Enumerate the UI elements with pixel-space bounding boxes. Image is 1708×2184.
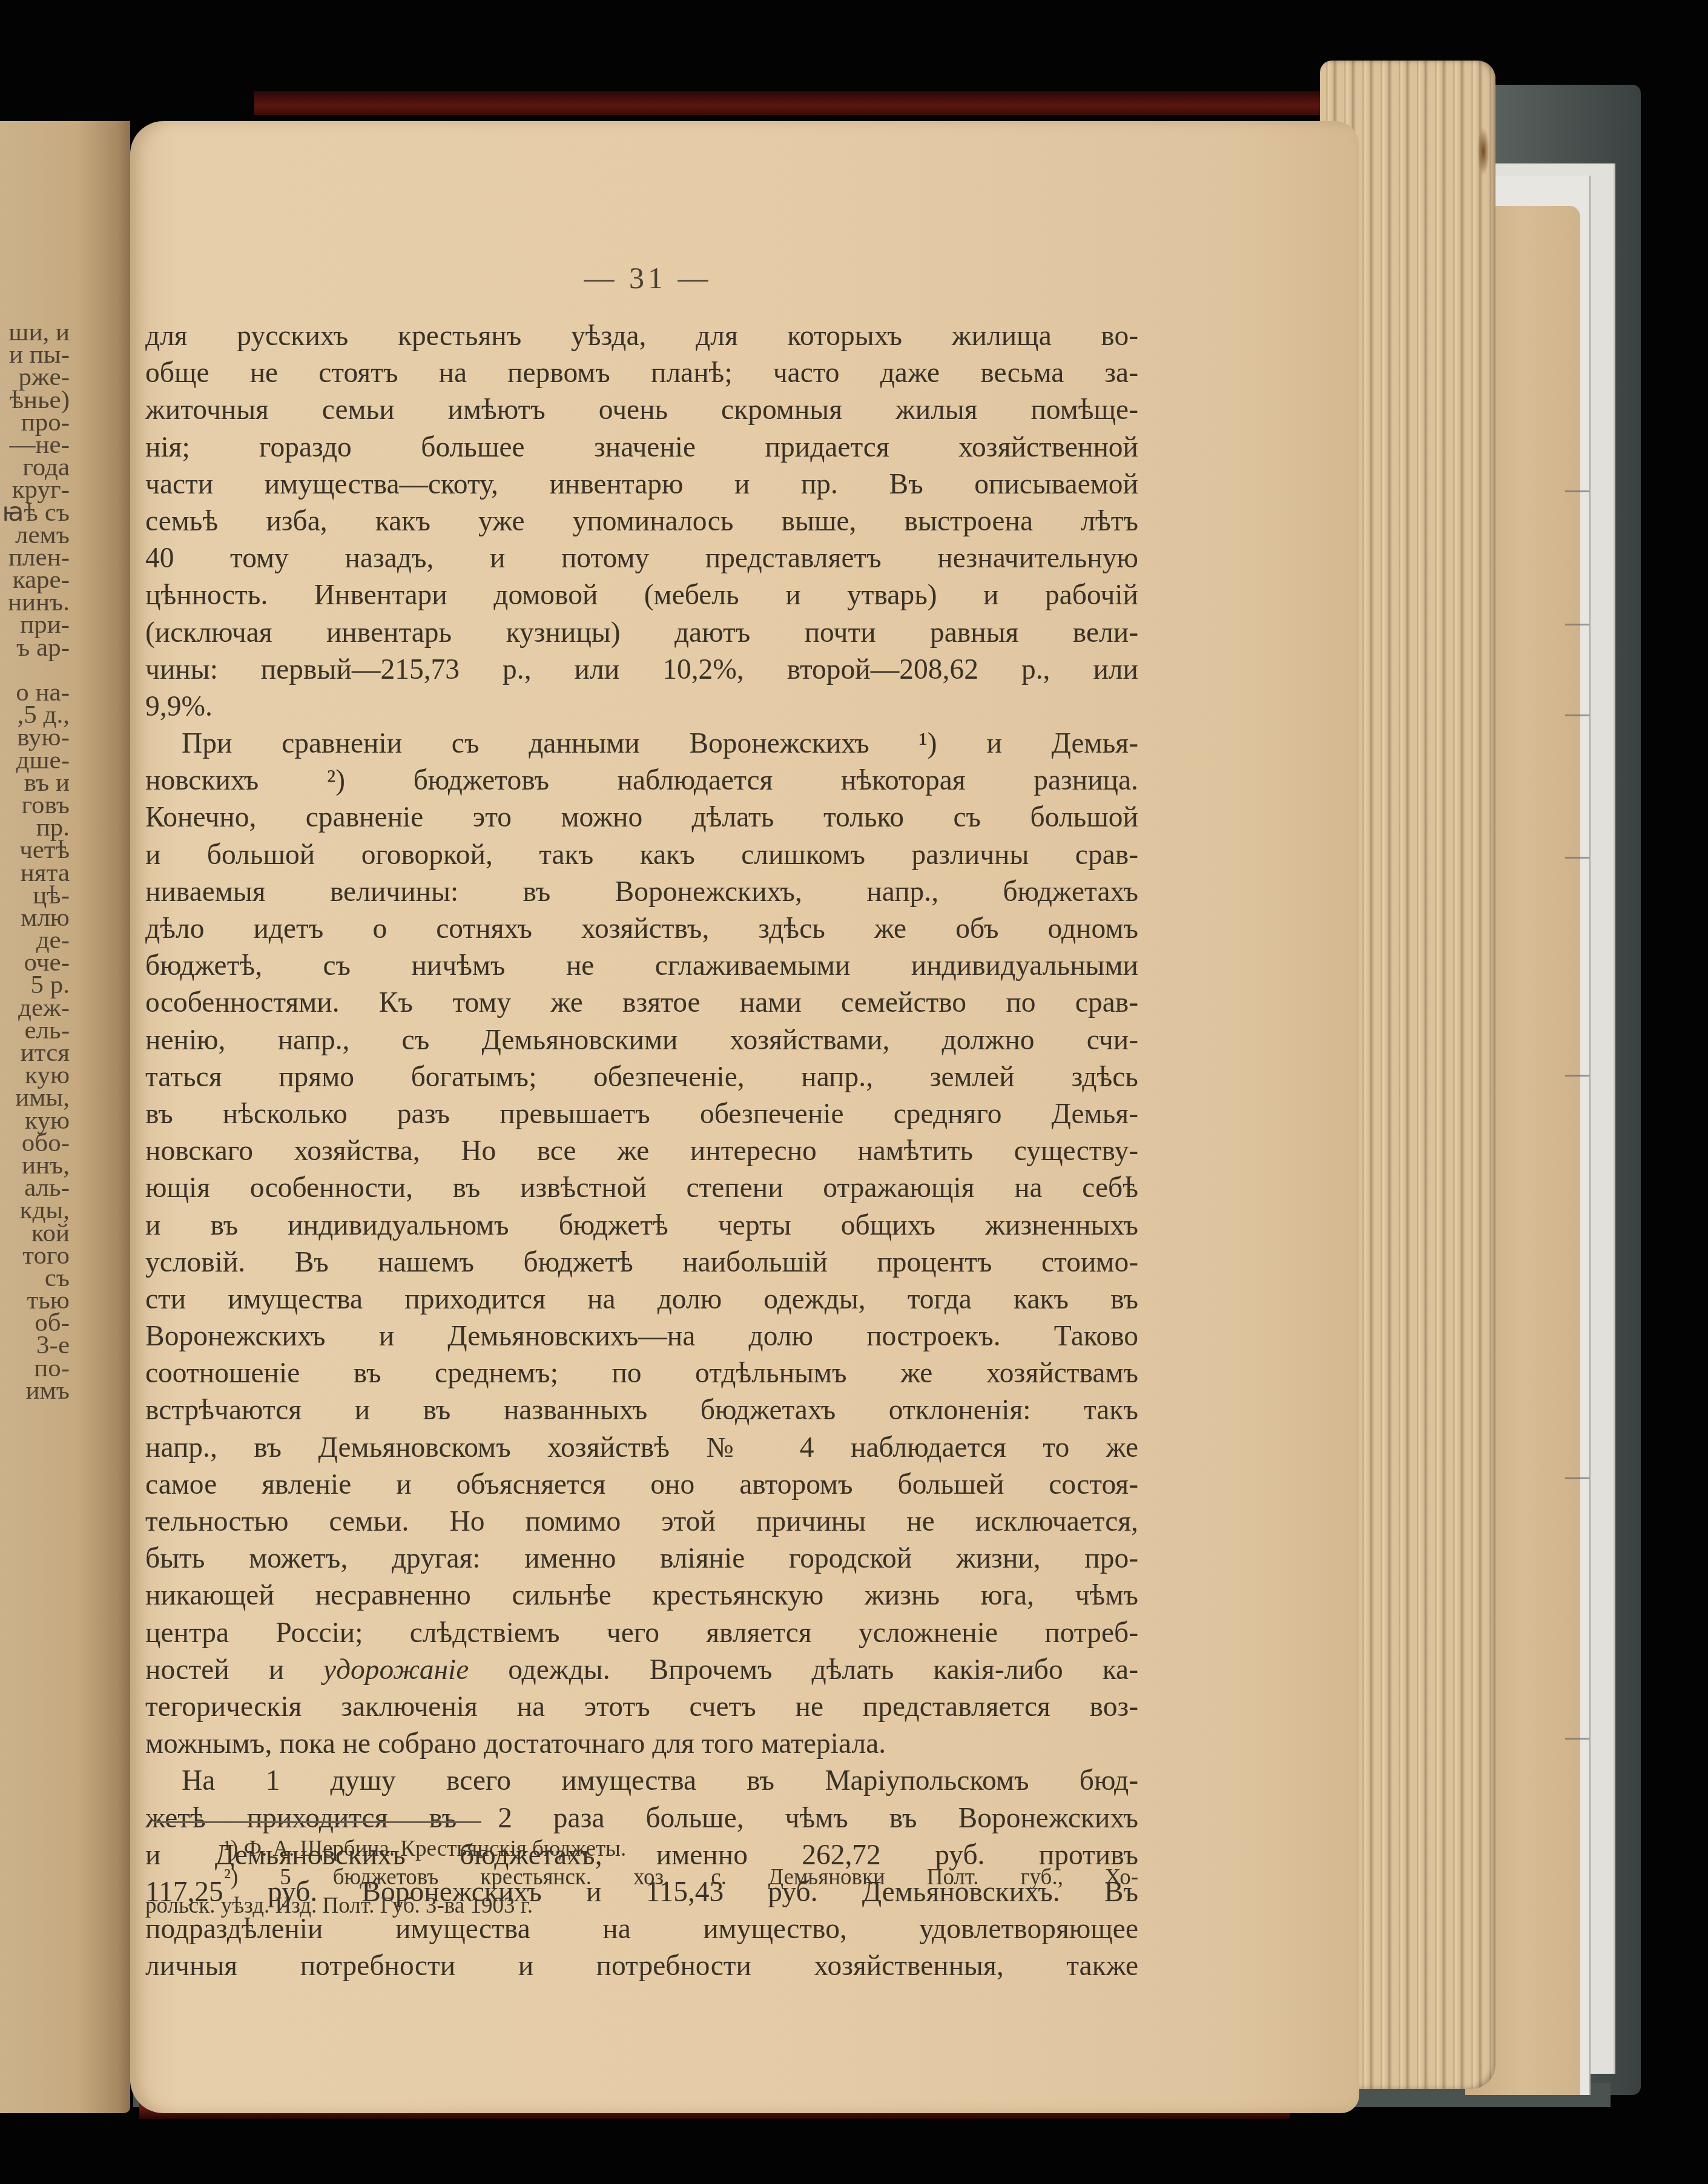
text-line: новскихъ ²) бюджетовъ наблюдается нѣкото…: [145, 762, 1138, 799]
margin-mark: [1565, 714, 1589, 716]
text-line: новскаго хозяйства, Но все же интересно …: [145, 1133, 1138, 1170]
text-line: никающей несравненно сильнѣе крестьянску…: [145, 1577, 1138, 1614]
text-line: обще не стоятъ на первомъ планѣ; часто д…: [145, 355, 1138, 392]
text-line: чины: первый—215,73 р., или 10,2%, второ…: [145, 652, 1138, 688]
footnote-rule: [154, 1821, 481, 1823]
footnote-line: ¹) Ф. А. Щербина. Крестьянскія бюджеты.: [145, 1835, 1138, 1863]
text-line: встрѣчаются и въ названныхъ бюджетахъ от…: [145, 1392, 1138, 1429]
text-line: быть можетъ, другая: именно вліяніе горо…: [145, 1540, 1138, 1577]
text-line: части имущества—скоту, инвентарю и пр. В…: [145, 466, 1138, 503]
page-stain: [1477, 127, 1489, 176]
text-line: и большой оговоркой, такъ какъ слишкомъ …: [145, 837, 1138, 874]
left-page-text: ши, ии пы-ржe-ѣнье)про-—не-годакруг-ꙗѣ с…: [0, 321, 70, 1402]
text-line: напр., въ Демьяновскомъ хозяйствѣ № 4 на…: [145, 1430, 1138, 1466]
left-page-line: круг-: [0, 478, 70, 501]
text-line: жетѣ приходится въ 2 раза больше, чѣмъ в…: [145, 1800, 1138, 1837]
text-line: бюджетѣ, съ ничѣмъ не сглаживаемыми инди…: [145, 948, 1138, 985]
left-page-line: ржe-: [0, 366, 70, 388]
text-line: таться прямо богатымъ; обезпеченіе, напр…: [145, 1059, 1138, 1096]
text-line: семьѣ изба, какъ уже упоминалось выше, в…: [145, 503, 1138, 540]
margin-mark: [1565, 490, 1589, 492]
left-page-line: кды,: [0, 1199, 70, 1221]
text-line: 9,9%.: [145, 688, 1138, 725]
text-line: тельностью семьи. Но помимо этой причины…: [145, 1503, 1138, 1540]
footnote-line: рольск. уѣзд. Изд. Полт. Губ. З-ва 1903 …: [145, 1892, 1138, 1920]
margin-mark: [1565, 1738, 1589, 1740]
text-line: ниваемыя величины: въ Воронежскихъ, напр…: [145, 874, 1138, 911]
text-line: При сравненіи съ данными Воронежскихъ ¹)…: [145, 725, 1138, 762]
text-line: для русскихъ крестьянъ уѣзда, для которы…: [145, 318, 1138, 355]
text-line: Воронежскихъ и Демьяновскихъ—на долю пос…: [145, 1318, 1138, 1355]
text-line: и въ индивидуальномъ бюджетѣ черты общих…: [145, 1207, 1138, 1244]
text-line: можнымъ, пока не собрано достаточнаго дл…: [145, 1726, 1138, 1763]
text-line: ненію, напр., съ Демьяновскими хозяйства…: [145, 1022, 1138, 1059]
margin-mark: [1565, 624, 1589, 625]
left-page-line: четѣ: [0, 839, 70, 861]
left-page-line: имы,: [0, 1086, 70, 1109]
footnote-line: ²) 5 бюджетовъ крестьянск. хоз. с. Демья…: [145, 1863, 1138, 1892]
text-line: ностей и удорожаніе одежды. Впрочемъ дѣл…: [145, 1652, 1138, 1689]
left-page-line: ъ ар-: [0, 636, 70, 659]
text-line: нія; гораздо большее значеніе придается …: [145, 429, 1138, 466]
margin-mark: [1565, 1075, 1589, 1077]
text-line: 40 тому назадъ, и потому представляетъ н…: [145, 540, 1138, 577]
text-line: цѣнность. Инвентари домовой (мебель и ут…: [145, 577, 1138, 614]
text-line: центра Россіи; слѣдствіемъ чего является…: [145, 1615, 1138, 1652]
page-number: — 31 —: [563, 260, 733, 295]
text-line: въ нѣсколько разъ превышаетъ обезпеченіе…: [145, 1096, 1138, 1133]
left-page-line: вую-: [0, 726, 70, 748]
text-line: соотношеніе въ среднемъ; по отдѣльнымъ ж…: [145, 1355, 1138, 1392]
text-line: житочныя семьи имѣютъ очень скромныя жил…: [145, 392, 1138, 429]
text-line: ющія особенности, въ извѣстной степени о…: [145, 1170, 1138, 1207]
text-line: Конечно, сравненіе это можно дѣлать толь…: [145, 799, 1138, 836]
text-line: тегорическія заключенія на этотъ счетъ н…: [145, 1689, 1138, 1726]
text-line: На 1 душу всего имущества въ Маріупольск…: [145, 1763, 1138, 1800]
text-line: личныя потребности и потребности хозяйст…: [145, 1948, 1138, 1985]
body-text: для русскихъ крестьянъ уѣзда, для которы…: [145, 318, 1138, 1985]
text-line: (исключая инвентарь кузницы) даютъ почти…: [145, 615, 1138, 652]
text-line: дѣло идетъ о сотняхъ хозяйствъ, здѣсь же…: [145, 911, 1138, 948]
margin-mark: [1565, 1477, 1589, 1479]
footnotes: ¹) Ф. А. Щербина. Крестьянскія бюджеты.²…: [145, 1835, 1138, 1920]
text-line: особенностями. Къ тому же взятое нами се…: [145, 985, 1138, 1021]
margin-mark: [1565, 857, 1589, 859]
text-line: самое явленіе и объясняется оно авторомъ…: [145, 1466, 1138, 1503]
text-line: условій. Въ нашемъ бюджетѣ наибольшій пр…: [145, 1244, 1138, 1281]
book-binding-top: [254, 91, 1393, 115]
text-line: сти имущества приходится на долю одежды,…: [145, 1281, 1138, 1318]
left-page-line: имъ: [0, 1379, 70, 1402]
